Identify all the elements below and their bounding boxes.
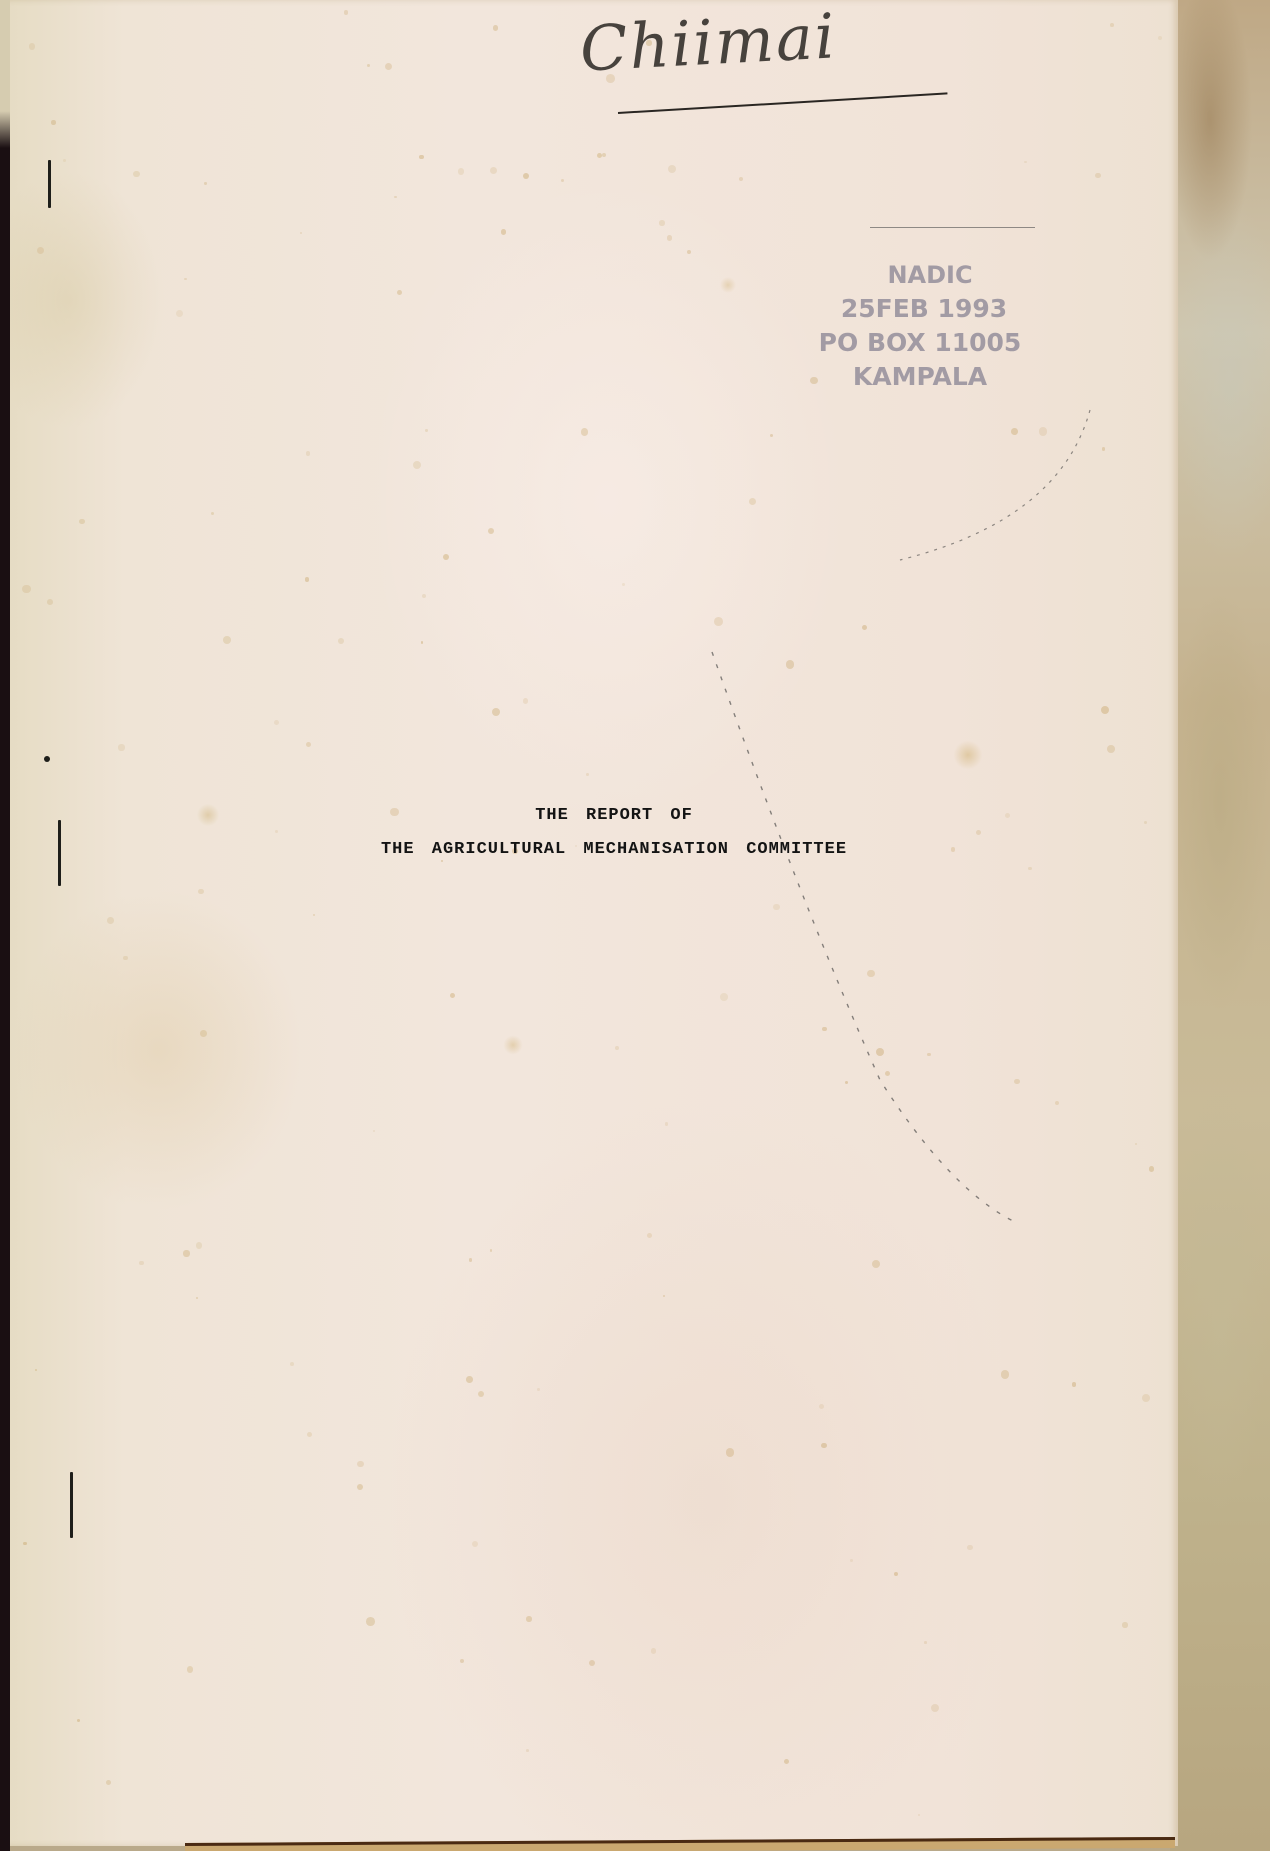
foxing-spot <box>726 1448 734 1456</box>
stamp-city: KAMPALA <box>800 360 1040 394</box>
foxing-spot <box>523 173 529 179</box>
foxing-spot <box>786 660 794 668</box>
foxing-spot <box>586 773 589 776</box>
foxing-spot <box>615 1046 619 1050</box>
binding-edge <box>0 0 10 1851</box>
foxing-spot <box>1102 447 1106 451</box>
foxing-spot <box>366 1617 375 1626</box>
foxing-spot <box>501 229 507 235</box>
foxing-spot <box>466 1376 473 1383</box>
foxing-spot <box>819 1404 824 1409</box>
foxing-spot <box>187 1666 193 1672</box>
foxing-spot <box>602 153 606 157</box>
foxing-spot <box>1110 23 1114 27</box>
foxing-spot <box>1107 745 1115 753</box>
signature-underline <box>618 92 948 114</box>
foxing-spot <box>184 278 187 281</box>
foxing-spot <box>290 1362 294 1366</box>
foxing-spot <box>133 171 139 177</box>
foxing-spot <box>659 220 664 225</box>
foxing-spot <box>450 993 455 998</box>
foxing-spot <box>338 638 344 644</box>
foxing-spot <box>1095 173 1101 179</box>
foxing-spot <box>394 196 397 199</box>
handwritten-signature: Chiimai <box>560 0 980 130</box>
title-line-1: THE REPORT OF <box>0 799 1228 833</box>
foxing-spot <box>198 889 203 894</box>
foxing-spot <box>63 159 66 162</box>
foxing-spot <box>1055 1101 1059 1105</box>
foxing-spot <box>845 1081 848 1084</box>
foxing-spot <box>1072 1382 1077 1387</box>
foxing-spot <box>651 1648 656 1653</box>
document-title: THE REPORT OF THE AGRICULTURAL MECHANISA… <box>0 799 1228 867</box>
staple-hole <box>44 756 50 762</box>
foxing-spot <box>663 1295 665 1297</box>
library-stamp: NADIC 25FEB 1993 PO BOX 11005 KAMPALA <box>800 258 1040 394</box>
foxing-spot <box>581 428 588 435</box>
foxing-spot <box>79 519 84 524</box>
foxing-spot <box>872 1260 880 1268</box>
foxing-spot <box>123 956 128 961</box>
foxing-spot <box>1011 428 1018 435</box>
foxing-spot <box>1122 1622 1127 1627</box>
foxing-spot <box>523 698 528 703</box>
foxing-spot <box>385 63 392 70</box>
foxing-spot <box>1142 1394 1150 1402</box>
foxing-spot <box>443 554 449 560</box>
foxing-spot <box>23 1542 26 1545</box>
foxing-spot <box>1149 1166 1155 1172</box>
stamp-org: NADIC <box>800 258 1040 292</box>
scan-background <box>1170 0 1270 1851</box>
foxing-spot <box>204 182 206 184</box>
foxing-spot <box>107 917 114 924</box>
foxing-spot <box>821 1443 826 1448</box>
foxing-spot <box>665 1122 669 1126</box>
foxing-spot <box>770 434 773 437</box>
foxing-spot <box>344 10 349 15</box>
staple-top <box>48 160 51 208</box>
foxing-spot <box>211 512 214 515</box>
stamp-border <box>870 227 1035 228</box>
foxing-spot <box>469 1258 473 1262</box>
foxing-spot <box>967 1545 973 1551</box>
foxing-spot <box>118 744 124 750</box>
foxing-spot <box>183 1250 189 1256</box>
foxing-spot <box>139 1261 143 1265</box>
foxing-spot <box>1039 427 1048 436</box>
foxing-spot <box>876 1048 884 1056</box>
foxing-spot <box>357 1484 363 1490</box>
foxing-spot <box>305 577 310 582</box>
foxing-spot <box>422 594 426 598</box>
foxing-spot <box>274 720 279 725</box>
foxing-spot <box>490 1249 492 1251</box>
stamp-date: 25FEB 1993 <box>800 292 1040 326</box>
foxing-spot <box>537 1388 540 1391</box>
foxing-spot <box>749 498 756 505</box>
foxing-spot <box>29 43 36 50</box>
foxing-spot <box>196 1242 203 1249</box>
foxing-spot <box>419 155 423 159</box>
stamp-address: PO BOX 11005 <box>800 326 1040 360</box>
foxing-spot <box>357 1461 364 1468</box>
foxing-spot <box>1028 867 1032 871</box>
foxing-spot <box>526 1616 532 1622</box>
foxing-spot <box>927 1053 930 1056</box>
foxing-spot <box>22 585 31 594</box>
foxing-spot <box>307 1432 312 1437</box>
title-line-2: THE AGRICULTURAL MECHANISATION COMMITTEE <box>0 833 1228 867</box>
foxing-spot <box>739 177 743 181</box>
foxing-spot <box>300 232 302 234</box>
foxing-spot <box>367 64 370 67</box>
foxing-spot <box>1101 706 1109 714</box>
staple-bottom <box>70 1472 73 1538</box>
foxing-spot <box>458 168 464 174</box>
foxing-spot <box>425 429 427 431</box>
foxing-spot <box>894 1572 898 1576</box>
foxing-spot <box>51 120 55 124</box>
foxing-spot <box>1001 1370 1009 1378</box>
foxing-spot <box>647 1233 652 1238</box>
signature-text: Chiimai <box>578 0 838 86</box>
foxing-spot <box>200 1030 207 1037</box>
foxing-spot <box>37 247 44 254</box>
foxing-spot <box>493 25 498 30</box>
foxing-spot <box>306 451 311 456</box>
foxing-spot <box>773 904 779 910</box>
